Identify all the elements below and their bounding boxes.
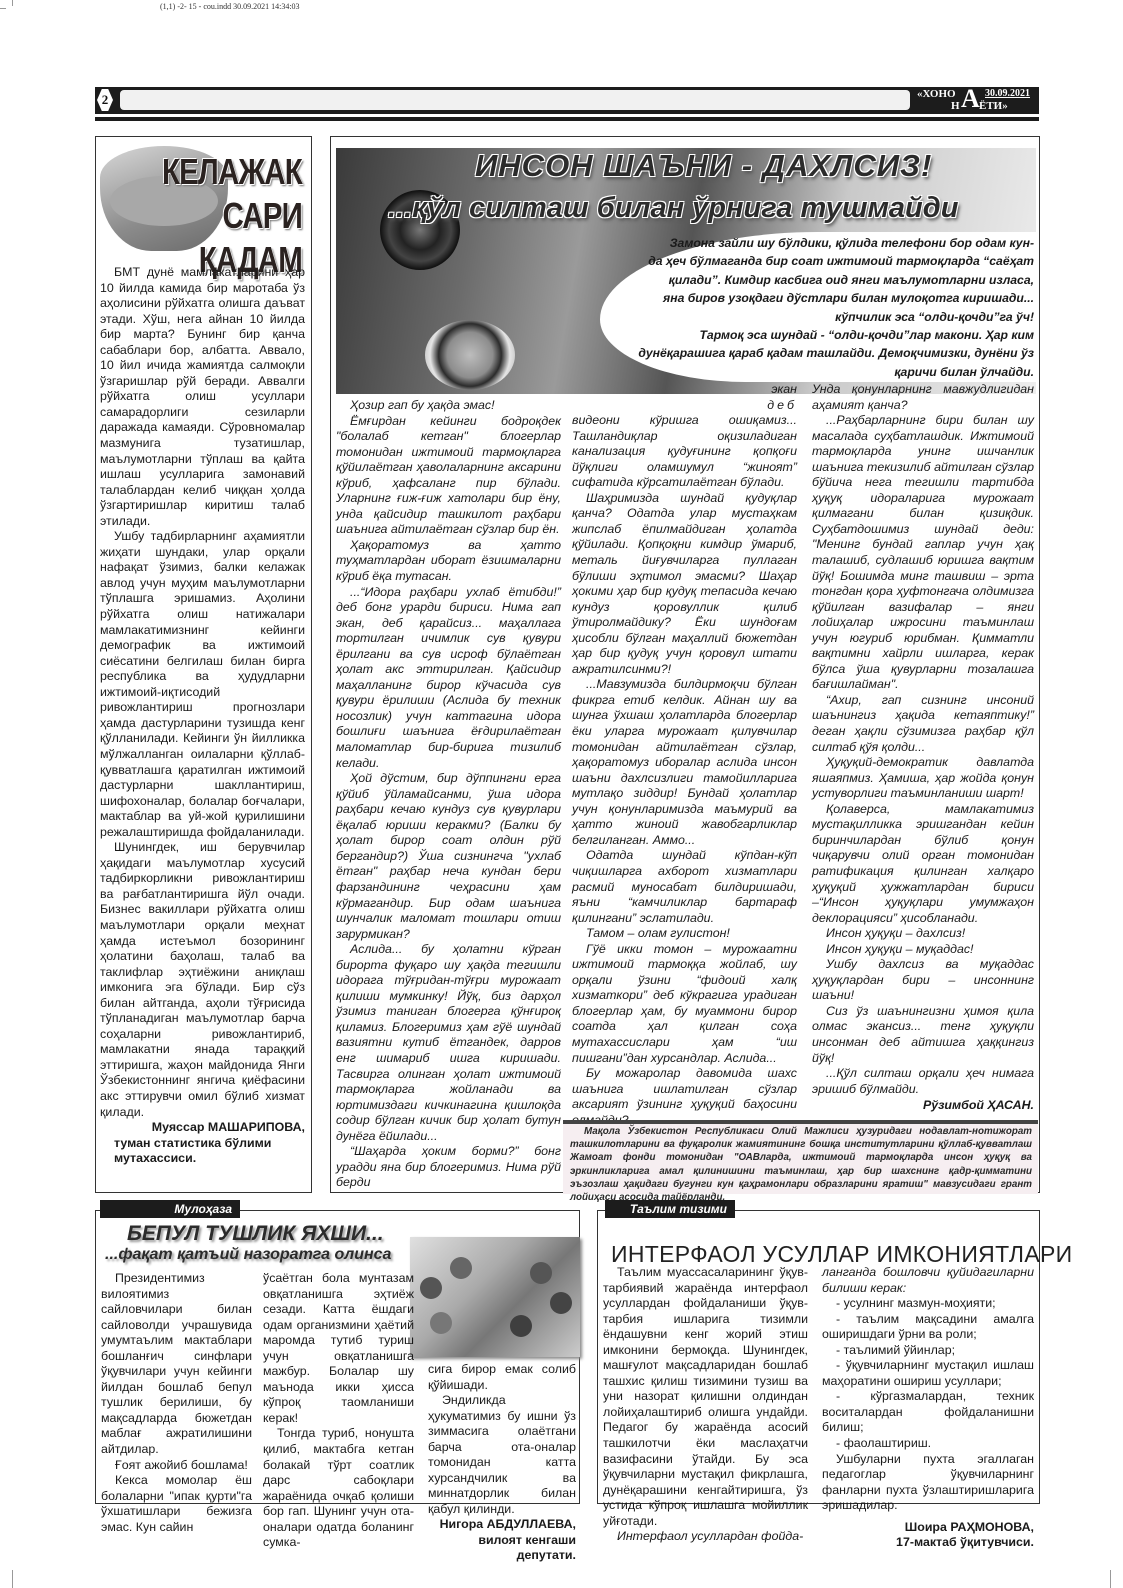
- wrap-word: экан: [572, 382, 797, 398]
- main-headline: ИНСОН ШАЪНИ - ДАХЛСИЗ!: [475, 148, 932, 184]
- paragraph: Ушбу дахлсиз ва муқаддас ҳуқуқлардан бир…: [812, 957, 1034, 1004]
- paragraph: Унда қонунларнинг мавжудлигидан аҳамият …: [812, 382, 1034, 413]
- lead-line: дунёқарашига қараб қадам ташлайди. Демоқ…: [620, 344, 1034, 362]
- paragraph: сига бирор емак солиб қўйишади.: [428, 1362, 576, 1393]
- paragraph: Ҳозир гап бу ҳақда эмас!: [336, 398, 561, 414]
- lead-line: қилади”. Кимдир касбига оид янги маълумо…: [620, 271, 1034, 289]
- lunch-subheadline: ...фақат қатъий назоратга олинса: [105, 1246, 391, 1264]
- paragraph: Президентимиз вилоятимиз сайловчилари би…: [101, 1271, 252, 1458]
- edu-column-1: Таълим муассасаларининг ўқув-тарбиявий ж…: [603, 1265, 808, 1545]
- lead-line: кўпчилик эса “олди-қочди”га ўч!: [620, 308, 1034, 326]
- lunch-column-3: сига бирор емак солиб қўйишади. Эндиликд…: [428, 1362, 576, 1564]
- paragraph: Ёмғирдан кейинги бодроқдек "болалаб кетг…: [336, 414, 561, 538]
- paragraph: Кекса момолар ёш болаларни "ипак қурти"г…: [101, 1473, 252, 1535]
- article-lead: Замона зайли шу бўлдики, қўлида телефони…: [620, 234, 1034, 381]
- author-name: Рўзимбой ҲАСАН.: [812, 1098, 1034, 1114]
- child-figure: [550, 1292, 572, 1314]
- paragraph: Бу можаролар давомида шахс шаънига ишлат…: [572, 1066, 797, 1128]
- list-item: - фаолаштириш.: [822, 1436, 1034, 1452]
- child-figure: [420, 1277, 442, 1299]
- paragraph: “Шаҳарда ҳоким борми?” бонг урадди яна б…: [336, 1144, 561, 1191]
- paragraph: Тонгда туриб, нонушта қилиб, мактабга ке…: [263, 1426, 414, 1550]
- lunch-column-2: ўсаётган бола мунтазам овқатланишга эҳти…: [263, 1271, 414, 1551]
- paragraph: Сиз ўз шаънингизни ҳимоя қила олмас экан…: [812, 1004, 1034, 1066]
- masthead-big-letter: А: [961, 85, 980, 113]
- author-name: Шоира РАҲМОНОВА,: [822, 1520, 1034, 1536]
- article-kelajak-body: БМТ дунё мамлакатларини ҳар 10 йилда кам…: [100, 265, 305, 1167]
- lead-line: яна биров узоқдаги дўстлари билан мулоқо…: [620, 289, 1034, 307]
- main-column-3: Унда қонунларнинг мавжудлигидан аҳамият …: [812, 382, 1034, 1114]
- child-figure: [450, 1257, 472, 1279]
- paragraph: БМТ дунё мамлакатларини ҳар 10 йилда кам…: [100, 265, 305, 529]
- list-item: - таълимий ўйинлар;: [822, 1343, 1034, 1359]
- paragraph: Тамом – олам гулистон!: [572, 926, 797, 942]
- paragraph: ...Мавзумизда билдирмоқчи бўлган фикрга …: [572, 677, 797, 848]
- main-subheadline: ...қўл силташ билан ўрнига тушмайди: [388, 192, 958, 225]
- main-column-2: экан деб видеони кўришга ошиқамиз... Таш…: [572, 382, 797, 1128]
- paragraph: Эндиликда ҳукуматимиз бу ишни ўз зиммаси…: [428, 1393, 576, 1517]
- lead-line: да ҳеч бўлмаганда бир соат ижтимоий тарм…: [620, 252, 1034, 270]
- paragraph: Ҳақоратомуз ва ҳатто туҳматлардан иборат…: [336, 538, 561, 585]
- list-item: - ўқувчиларнинг мустақил ишлаш маҳоратин…: [822, 1358, 1034, 1389]
- paragraph: Ҳуқуқий-демократик давлатда яшаяпмиз. Ҳа…: [812, 755, 1034, 802]
- paragraph: ланганда бошловчи қуйидагиларни билиши к…: [822, 1265, 1034, 1296]
- crop-mark: [12, 0, 13, 6]
- wrap-word: деб: [572, 398, 797, 414]
- main-column-1: Ҳозир гап бу ҳақда эмас! Ёмғирдан кейинг…: [336, 398, 561, 1191]
- title-line-1: КЕЛАЖАК: [145, 150, 302, 194]
- list-item: - таълим мақсадини амалга оширишдаги ўрн…: [822, 1312, 1034, 1343]
- coffee-cup-graphic: [425, 320, 515, 390]
- author-title: вилоят кенгаши депутати.: [428, 1533, 576, 1564]
- paragraph: ...Қўл силташ орқали ҳеч нимага эришиб б…: [812, 1066, 1034, 1097]
- child-figure: [530, 1262, 552, 1284]
- paragraph: Ушбуларни пухта эгаллаган педагоглар ўқу…: [822, 1452, 1034, 1514]
- rubric-label: Таълим тизими: [605, 1200, 735, 1218]
- paragraph: Ушбу тадбирларнинг аҳамиятли жиҳати шунд…: [100, 529, 305, 840]
- paragraph: Таълим муассасаларининг ўқув-тарбиявий ж…: [603, 1265, 808, 1529]
- header-panel: [120, 90, 910, 110]
- author-title: туман статистика бўлими мутахассиси.: [100, 1136, 305, 1167]
- masthead-part-3: ЁТИ»: [979, 100, 1008, 112]
- paragraph: ...“Идора раҳбари ухлаб ётибди!” деб бон…: [336, 585, 561, 772]
- paragraph: Ҳой дўстим, бир дўппингни ерга қўйиб ўйл…: [336, 771, 561, 942]
- lunch-column-1: Президентимиз вилоятимиз сайловчилари би…: [101, 1271, 252, 1535]
- author-name: Муяссар МАШАРИПОВА,: [100, 1120, 305, 1136]
- print-slug: (1,1) -2- 15 - cou.indd 30.09.2021 14:34…: [160, 2, 300, 11]
- header-rule: [95, 117, 1039, 121]
- child-figure: [510, 1315, 532, 1337]
- rubric-label: Мулоҳаза: [100, 1200, 240, 1218]
- paragraph: Шаҳримизда шундай қудуқлар қанча? Одатда…: [572, 491, 797, 678]
- paragraph: Инсон ҳуқуқи – дахлсиз!: [812, 926, 1034, 942]
- paragraph: “Ахир, гап сизнинг инсоний шаънингиз ҳақ…: [812, 693, 1034, 755]
- article-kelajak-title: КЕЛАЖАК САРИ ҚАДАМ: [110, 150, 302, 282]
- lead-line: қаричи билан ўлчайди.: [620, 363, 1034, 381]
- masthead-part-2: Н: [951, 100, 960, 112]
- paragraph: ...Раҳбарларнинг бири билан шу масалада …: [812, 413, 1034, 693]
- paragraph: Шунингдек, иш берувчилар ҳақидаги маълум…: [100, 840, 305, 1120]
- list-item: - кўргазмалардан, техник воситалардан фо…: [822, 1389, 1034, 1436]
- crop-mark: [1110, 1570, 1111, 1588]
- crop-mark: [0, 8, 6, 9]
- paragraph: Инсон ҳуқуқи – муқаддас!: [812, 942, 1034, 958]
- masthead-part-1: «ХОНО: [917, 88, 956, 100]
- paragraph: ўсаётган бола мунтазам овқатланишга эҳти…: [263, 1271, 414, 1426]
- paragraph: Қолаверса, мамлакатимиз мустақилликка эр…: [812, 802, 1034, 926]
- paragraph: Одатда шундай кўпдан-кўп чиқишларга ахбо…: [572, 848, 797, 926]
- children-lunch-photo: [410, 1237, 580, 1357]
- paragraph: Гўё икки томон – мурожаатни ижтимоий тар…: [572, 942, 797, 1066]
- lead-line: Замона зайли шу бўлдики, қўлида телефони…: [620, 234, 1034, 252]
- author-title: 17-мактаб ўқитувчиси.: [822, 1535, 1034, 1551]
- paragraph: видеони кўришга ошиқамиз... Ташландиқлар…: [572, 413, 797, 491]
- paragraph: Аслида... бу ҳолатни кўрган бирорта фуқа…: [336, 942, 561, 1144]
- crop-mark: [12, 1570, 13, 1588]
- lunch-headline: БЕПУЛ ТУШЛИК ЯХШИ...: [127, 1222, 384, 1246]
- edu-column-2: ланганда бошловчи қуйидагиларни билиши к…: [822, 1265, 1034, 1551]
- list-item: - усулнинг мазмун-моҳияти;: [822, 1296, 1034, 1312]
- masthead: «ХОНО А Н ЁТИ» 30.09.2021: [915, 87, 1039, 114]
- issue-date: 30.09.2021: [985, 88, 1030, 99]
- paragraph: Интерфаол усуллардан фойда-: [603, 1529, 808, 1545]
- paragraph: Ғоят ажойиб бошлама!: [101, 1458, 252, 1474]
- edu-headline: ИНТЕРФАОЛ УСУЛЛАР ИМКОНИЯТЛАРИ: [611, 1241, 1072, 1268]
- child-figure: [430, 1312, 452, 1334]
- grant-note: Мақола Ўзбекистон Республикаси Олий Мажл…: [570, 1125, 1032, 1204]
- author-name: Нигора АБДУЛЛАЕВА,: [428, 1517, 576, 1533]
- lead-line: Тармоқ эса шундай - “олди-қочди”лар мако…: [620, 326, 1034, 344]
